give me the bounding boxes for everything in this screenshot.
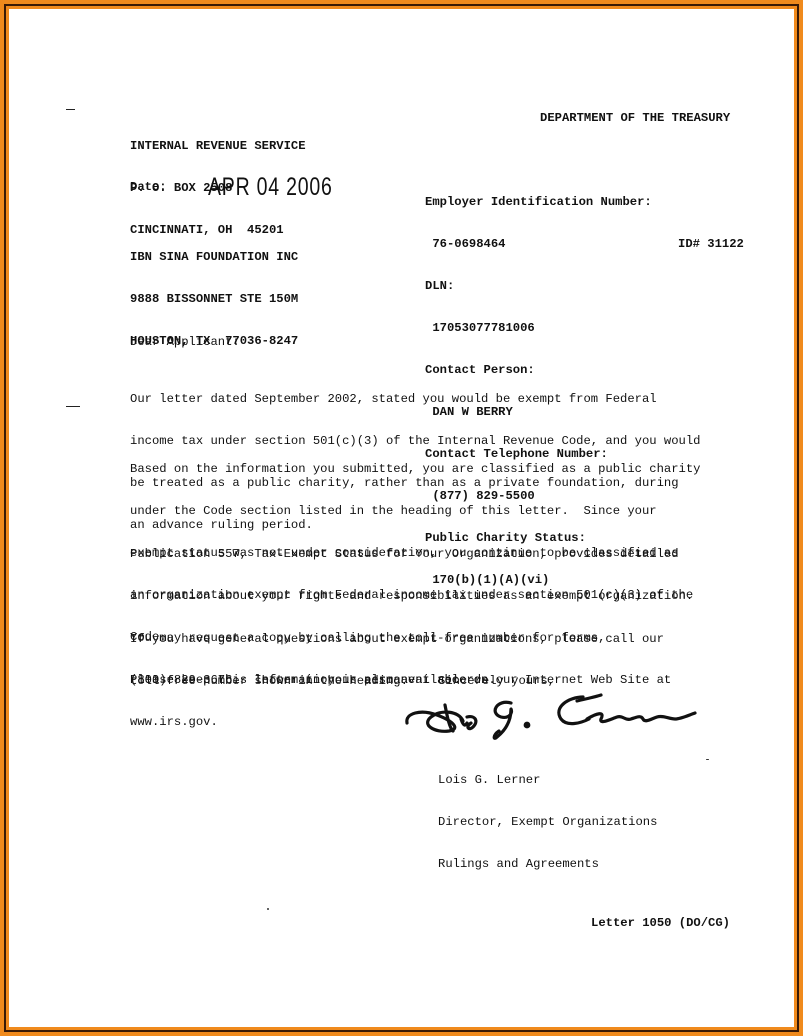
paragraph-line: Our letter dated September 2002, stated … — [130, 392, 750, 406]
department-heading: DEPARTMENT OF THE TREASURY — [540, 111, 730, 125]
paragraph-line: If you have general questions about exem… — [130, 632, 750, 646]
recipient-address: IBN SINA FOUNDATION INC 9888 BISSONNET S… — [130, 222, 298, 376]
dln-number: 17053077781006 — [432, 321, 534, 335]
ein-value: 76-0698464 — [425, 237, 652, 251]
signature-image — [401, 689, 701, 749]
scan-speck — [706, 759, 709, 760]
paragraph-line: Based on the information you submitted, … — [130, 462, 750, 476]
ein-number: 76-0698464 — [432, 237, 505, 251]
recipient-line: 9888 BISSONNET STE 150M — [130, 292, 298, 306]
signer-division: Rulings and Agreements — [438, 857, 657, 871]
signer-name: Lois G. Lerner — [438, 773, 657, 787]
date-label: Date: — [130, 180, 167, 194]
paragraph-line: Publication 557, Tax-Exempt Status for Y… — [130, 547, 750, 561]
sender-line: INTERNAL REVENUE SERVICE — [130, 139, 306, 153]
margin-mark — [66, 406, 80, 407]
closing: Sincerely yours, — [438, 674, 555, 688]
letter-form-number: Letter 1050 (DO/CG) — [591, 916, 730, 930]
salutation: Dear Applicant: — [130, 335, 240, 349]
recipient-line: IBN SINA FOUNDATION INC — [130, 250, 298, 264]
date-stamp: APR 04 2006 — [208, 173, 333, 202]
margin-mark — [66, 109, 75, 110]
signer-title: Director, Exempt Organizations — [438, 815, 657, 829]
page-frame: INTERNAL REVENUE SERVICE P. O. BOX 2508 … — [0, 0, 803, 1036]
letter-page: INTERNAL REVENUE SERVICE P. O. BOX 2508 … — [9, 9, 794, 1027]
signature-block: Lois G. Lerner Director, Exempt Organiza… — [438, 745, 657, 899]
ein-label: Employer Identification Number: — [425, 195, 652, 209]
dln-label: DLN: — [425, 279, 652, 293]
dln-value: 17053077781006 — [425, 321, 652, 335]
paragraph-line: information about your rights and respon… — [130, 589, 750, 603]
scan-speck — [267, 908, 269, 910]
paragraph-line: under the Code section listed in the hea… — [130, 504, 750, 518]
contact-id: ID# 31122 — [678, 237, 744, 251]
